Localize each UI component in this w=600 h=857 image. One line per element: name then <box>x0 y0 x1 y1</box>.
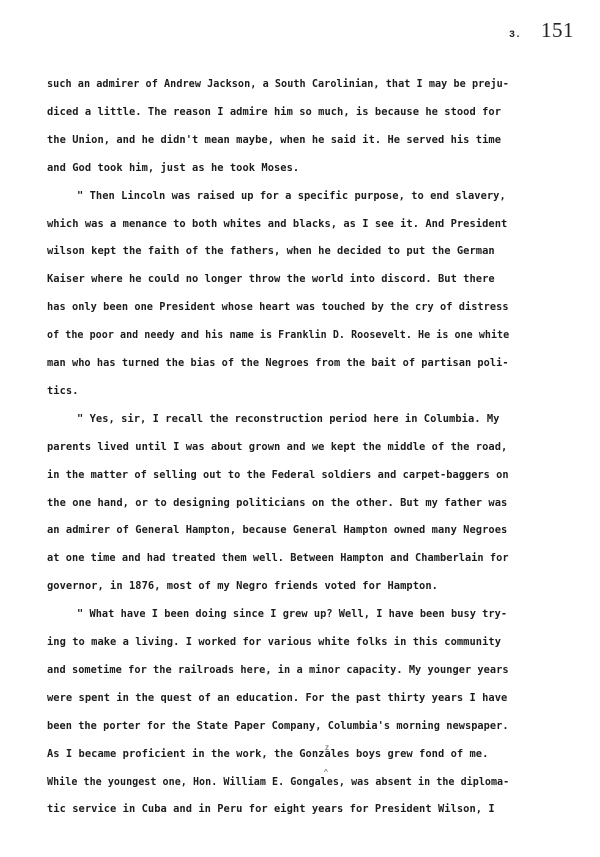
text-line: tics. <box>47 385 79 397</box>
text-line: man who has turned the bias of the Negro… <box>47 357 509 369</box>
text-line: tic service in Cuba and in Peru for eigh… <box>47 803 495 815</box>
section-number: 3. <box>509 30 521 41</box>
handwritten-correction-mark: z <box>325 743 329 752</box>
text-line: ing to make a living. I worked for vario… <box>47 636 501 648</box>
text-line: " Then Lincoln was raised up for a speci… <box>77 190 506 202</box>
text-line: such an admirer of Andrew Jackson, a Sou… <box>47 78 509 90</box>
caret-mark: ^ <box>324 768 328 777</box>
text-line: an admirer of General Hampton, because G… <box>47 524 507 536</box>
text-line: As I became proficient in the work, the … <box>47 748 488 760</box>
text-line: the one hand, or to designing politician… <box>47 497 507 509</box>
text-line: which was a menance to both whites and b… <box>47 218 507 230</box>
page-header: 3. 151 <box>509 18 574 43</box>
text-line: at one time and had treated them well. B… <box>47 552 509 564</box>
text-line: " Yes, sir, I recall the reconstruction … <box>77 413 499 425</box>
text-line: of the poor and needy and his name is Fr… <box>47 329 509 341</box>
text-line: parents lived until I was about grown an… <box>47 441 507 453</box>
page-number: 151 <box>541 18 574 43</box>
text-line: has only been one President whose heart … <box>47 301 509 313</box>
text-line: Kaiser where he could no longer throw th… <box>47 273 495 285</box>
text-line: and God took him, just as he took Moses. <box>47 162 299 174</box>
text-line: diced a little. The reason I admire him … <box>47 106 501 118</box>
text-line: While the youngest one, Hon. William E. … <box>47 776 509 788</box>
text-line: wilson kept the faith of the fathers, wh… <box>47 245 495 257</box>
text-line: " What have I been doing since I grew up… <box>77 608 507 620</box>
text-line: the Union, and he didn't mean maybe, whe… <box>47 134 501 146</box>
text-line: been the porter for the State Paper Comp… <box>47 720 509 732</box>
text-line: were spent in the quest of an education.… <box>47 692 507 704</box>
text-line: governor, in 1876, most of my Negro frie… <box>47 580 438 592</box>
text-line: and sometime for the railroads here, in … <box>47 664 509 676</box>
text-line: in the matter of selling out to the Fede… <box>47 469 509 481</box>
